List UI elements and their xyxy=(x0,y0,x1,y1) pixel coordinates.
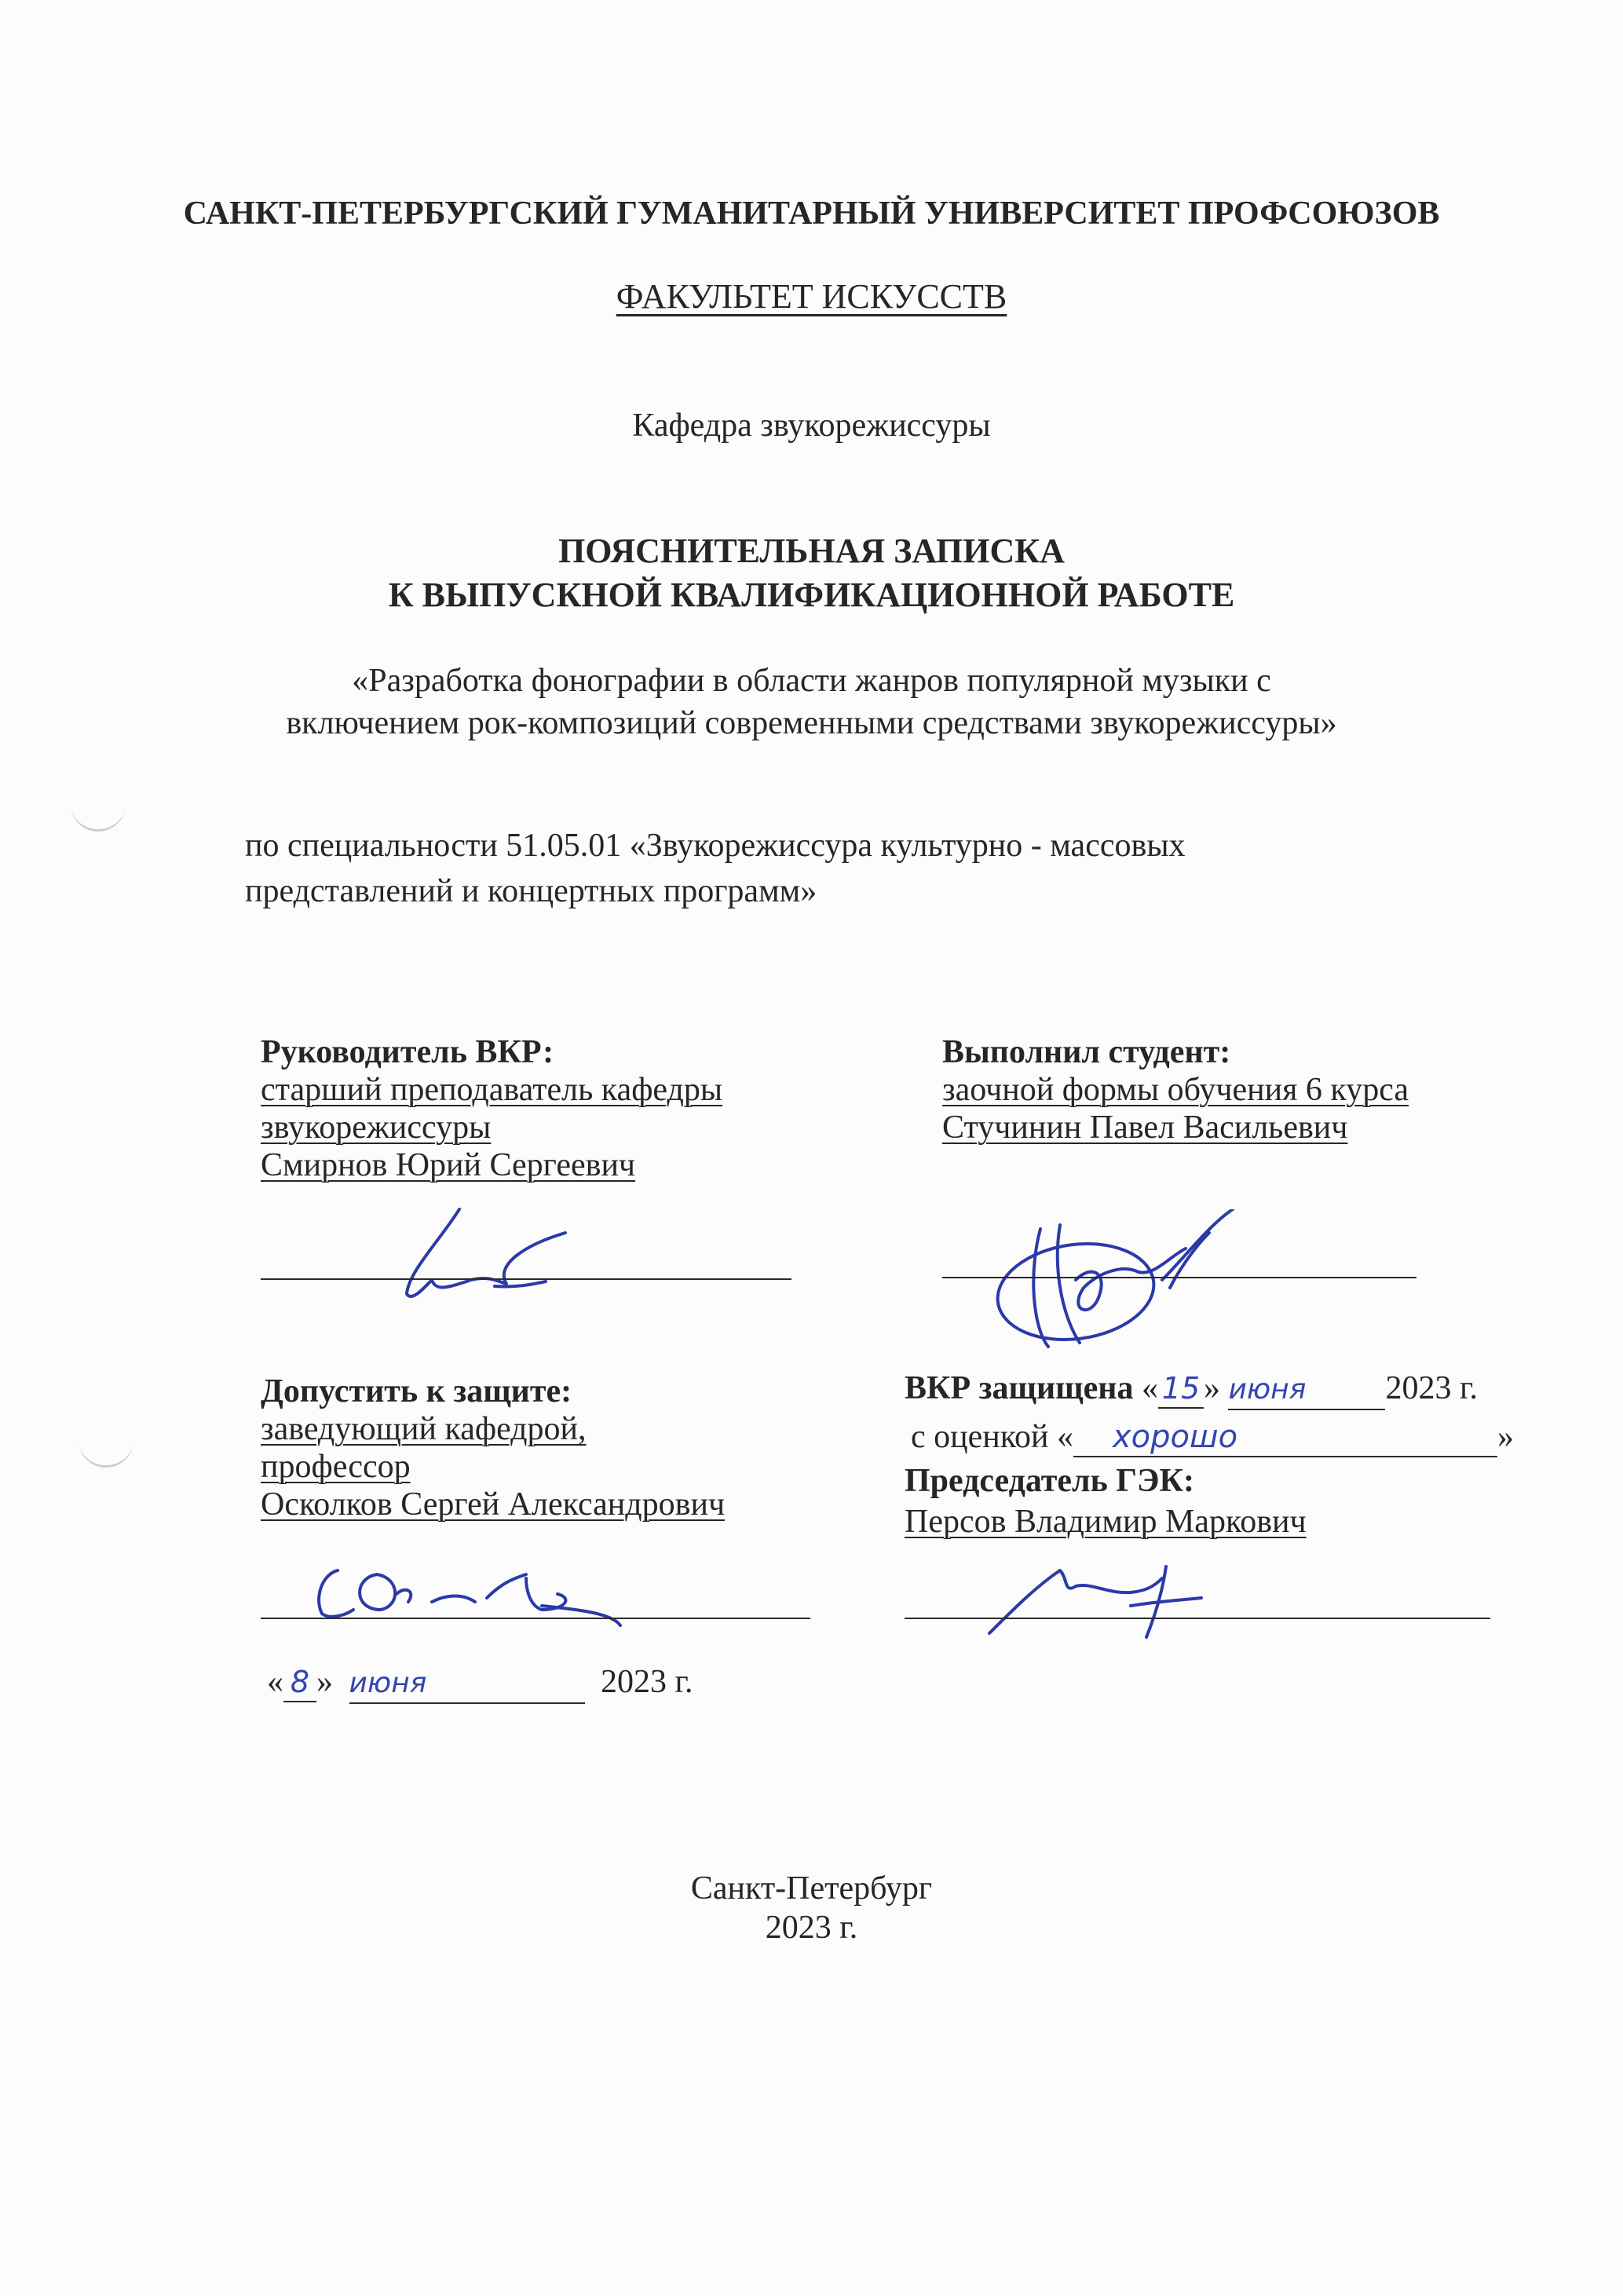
department-name: Кафедра звукорежиссуры xyxy=(0,407,1623,444)
supervisor-heading: Руководитель ВКР: xyxy=(261,1033,722,1071)
specialty-line-1: по специальности 51.05.01 «Звукорежиссур… xyxy=(245,823,1186,868)
defense-label: ВКР защищена xyxy=(905,1370,1133,1406)
punch-hole-upper xyxy=(71,801,126,832)
admission-name: Осколков Сергей Александрович xyxy=(261,1486,725,1523)
footer: Санкт-Петербург 2023 г. xyxy=(0,1869,1623,1947)
admission-date: «8» июня 2023 г. xyxy=(267,1663,693,1704)
admission-signature-line xyxy=(261,1618,810,1619)
chair-heading: Председатель ГЭК: xyxy=(905,1462,1514,1500)
footer-city: Санкт-Петербург xyxy=(0,1869,1623,1908)
university-name: САНКТ-ПЕТЕРБУРГСКИЙ ГУМАНИТАРНЫЙ УНИВЕРС… xyxy=(0,195,1623,232)
chair-signature xyxy=(974,1563,1256,1641)
admission-block: Допустить к защите: заведующий кафедрой,… xyxy=(261,1373,725,1523)
supervisor-name: Смирнов Юрий Сергеевич xyxy=(261,1147,635,1183)
chair-name: Персов Владимир Маркович xyxy=(905,1504,1307,1540)
supervisor-block: Руководитель ВКР: старший преподаватель … xyxy=(261,1033,722,1184)
specialty: по специальности 51.05.01 «Звукорежиссур… xyxy=(245,823,1186,914)
defense-grade-row: с оценкой «хорошо» xyxy=(905,1418,1514,1457)
topic-line-2: включением рок-композиций современными с… xyxy=(0,702,1623,744)
defense-year: 2023 г. xyxy=(1385,1370,1478,1406)
defense-block: ВКР защищена «15» июня2023 г. с оценкой … xyxy=(905,1369,1514,1541)
defense-grade: хорошо xyxy=(1073,1418,1497,1457)
admission-position-1: заведующий кафедрой, xyxy=(261,1411,587,1447)
supervisor-position-2: звукорежиссуры xyxy=(261,1110,491,1146)
student-signature xyxy=(974,1209,1272,1351)
student-heading: Выполнил студент: xyxy=(942,1033,1409,1071)
admission-date-day: 8 xyxy=(283,1663,316,1702)
supervisor-signature-line xyxy=(261,1278,791,1280)
defense-date-row: ВКР защищена «15» июня2023 г. xyxy=(905,1369,1514,1410)
defense-day: 15 xyxy=(1158,1369,1204,1409)
defense-month: июня xyxy=(1228,1371,1385,1410)
admission-date-year: 2023 г. xyxy=(601,1664,693,1700)
punch-hole-lower xyxy=(79,1437,133,1468)
specialty-line-2: представлений и концертных программ» xyxy=(245,868,1186,914)
student-info: заочной формы обучения 6 курса xyxy=(942,1072,1409,1108)
student-block: Выполнил студент: заочной формы обучения… xyxy=(942,1033,1409,1146)
faculty-name: ФАКУЛЬТЕТ ИСКУССТВ xyxy=(0,276,1623,316)
chair-signature-line xyxy=(905,1618,1490,1619)
student-signature-line xyxy=(942,1277,1416,1278)
student-name: Стучинин Павел Васильевич xyxy=(942,1110,1347,1146)
admission-date-month: июня xyxy=(349,1665,585,1704)
footer-year: 2023 г. xyxy=(0,1908,1623,1947)
admission-heading: Допустить к защите: xyxy=(261,1373,725,1410)
supervisor-signature xyxy=(377,1201,612,1303)
thesis-topic: «Разработка фонографии в области жанров … xyxy=(0,660,1623,744)
topic-line-1: «Разработка фонографии в области жанров … xyxy=(0,660,1623,702)
title-line-2: К ВЫПУСКНОЙ КВАЛИФИКАЦИОННОЙ РАБОТЕ xyxy=(0,573,1623,617)
admission-position-2: профессор xyxy=(261,1449,411,1485)
title-line-1: ПОЯСНИТЕЛЬНАЯ ЗАПИСКА xyxy=(0,529,1623,573)
supervisor-position-1: старший преподаватель кафедры xyxy=(261,1072,722,1108)
grade-label: с оценкой « xyxy=(911,1419,1073,1455)
document-title: ПОЯСНИТЕЛЬНАЯ ЗАПИСКА К ВЫПУСКНОЙ КВАЛИФ… xyxy=(0,529,1623,617)
